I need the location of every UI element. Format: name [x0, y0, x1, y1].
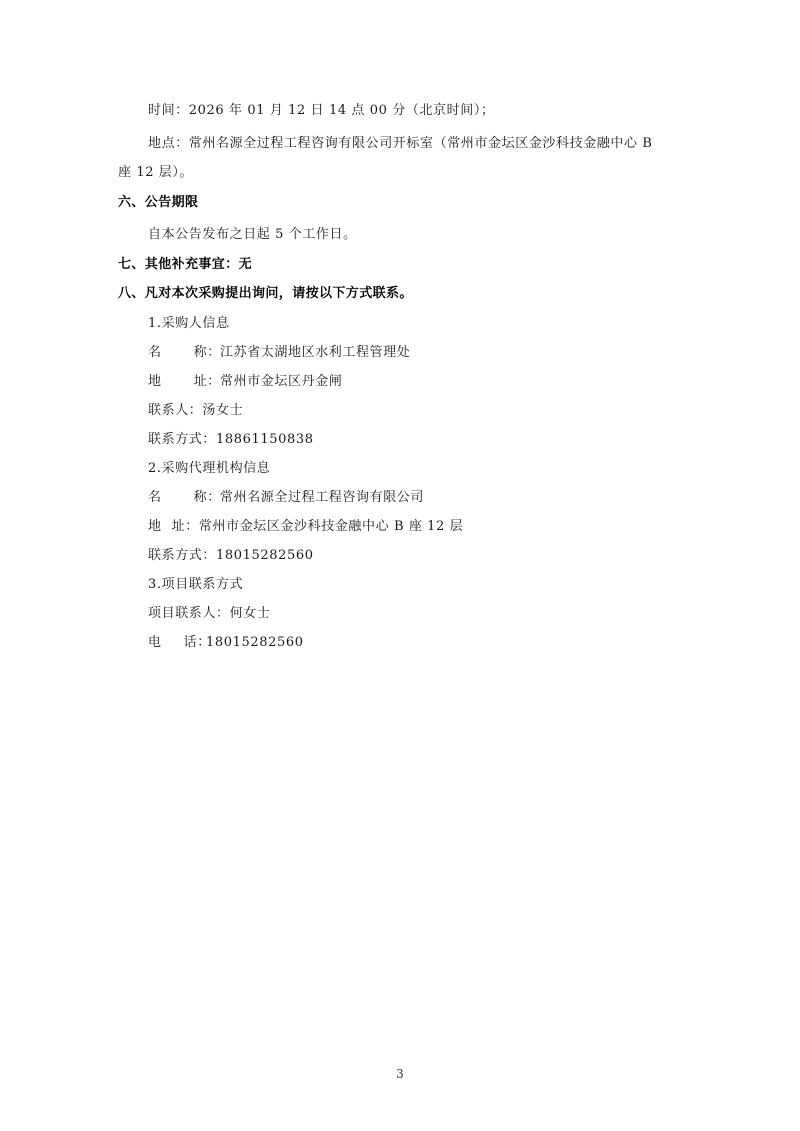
opening-location-text: 地点：常州名源全过程工程咨询有限公司开标室（常州市金坛区金沙科技金融中心 B: [148, 136, 653, 151]
purchaser-phone-value: 18861150838: [216, 432, 314, 447]
agency-address-label: 地址：: [148, 519, 199, 535]
purchaser-address-label: 地址：: [148, 374, 220, 390]
purchaser-address-value: 常州市金坛区丹金闸: [220, 374, 342, 389]
purchaser-info-title: 1.采购人信息: [148, 316, 230, 332]
purchaser-person-row: 联系人：汤女士: [148, 403, 243, 419]
agency-address-value: 常州市金坛区金沙科技金融中心 B 座 12 层: [199, 519, 463, 534]
purchaser-phone-row: 联系方式：18861150838: [148, 432, 314, 448]
project-contact-title: 3.项目联系方式: [148, 577, 243, 593]
page-number: 3: [0, 1067, 800, 1081]
project-person-value: 何女士: [230, 606, 271, 621]
purchaser-name-label: 名称：: [148, 345, 220, 361]
agency-phone-label: 联系方式：: [148, 548, 216, 563]
project-phone-value: 18015282560: [206, 635, 304, 650]
section-heading-8: 八、凡对本次采购提出询问，请按以下方式联系。: [118, 286, 413, 302]
purchaser-title-text: 1.采购人信息: [148, 316, 230, 331]
agency-info-title: 2.采购代理机构信息: [148, 461, 270, 477]
opening-time-text: 时间：2026 年 01 月 12 日 14 点 00 分（北京时间）；: [148, 103, 495, 118]
purchaser-name-value: 江苏省太湖地区水利工程管理处: [220, 345, 410, 360]
agency-name-row: 名称：常州名源全过程工程咨询有限公司: [148, 490, 424, 506]
agency-name-label: 名称：: [148, 490, 220, 506]
agency-phone-value: 18015282560: [216, 548, 314, 563]
section-heading-7: 七、其他补充事宜：无: [118, 257, 252, 273]
purchaser-address-row: 地址：常州市金坛区丹金闸: [148, 374, 342, 390]
purchaser-name-row: 名称：江苏省太湖地区水利工程管理处: [148, 345, 410, 361]
opening-location-continuation: 座 12 层）。: [118, 165, 193, 181]
project-phone-label: 电话：: [148, 635, 206, 651]
announcement-period-text: 自本公告发布之日起 5 个工作日。: [148, 227, 357, 242]
agency-address-row: 地址：常州市金坛区金沙科技金融中心 B 座 12 层: [148, 519, 463, 535]
agency-name-value: 常州名源全过程工程咨询有限公司: [220, 490, 424, 505]
section-6-title: 六、公告期限: [118, 195, 198, 210]
purchaser-person-value: 汤女士: [202, 403, 243, 418]
project-phone-row: 电话：18015282560: [148, 635, 304, 651]
agency-title-text: 2.采购代理机构信息: [148, 461, 270, 476]
opening-location-line: 地点：常州名源全过程工程咨询有限公司开标室（常州市金坛区金沙科技金融中心 B: [148, 136, 653, 152]
opening-time-line: 时间：2026 年 01 月 12 日 14 点 00 分（北京时间）；: [148, 103, 495, 119]
purchaser-phone-label: 联系方式：: [148, 432, 216, 447]
section-6-body: 自本公告发布之日起 5 个工作日。: [148, 227, 357, 243]
purchaser-person-label: 联系人：: [148, 403, 202, 418]
section-heading-6: 六、公告期限: [118, 195, 198, 211]
document-page: 时间：2026 年 01 月 12 日 14 点 00 分（北京时间）； 地点：…: [0, 0, 800, 1131]
project-person-row: 项目联系人：何女士: [148, 606, 270, 622]
project-person-label: 项目联系人：: [148, 606, 230, 621]
section-7-title: 七、其他补充事宜：无: [118, 257, 252, 272]
agency-phone-row: 联系方式：18015282560: [148, 548, 314, 564]
section-8-title: 八、凡对本次采购提出询问，请按以下方式联系。: [118, 286, 413, 301]
project-title-text: 3.项目联系方式: [148, 577, 243, 592]
opening-location-text-2: 座 12 层）。: [118, 165, 193, 180]
